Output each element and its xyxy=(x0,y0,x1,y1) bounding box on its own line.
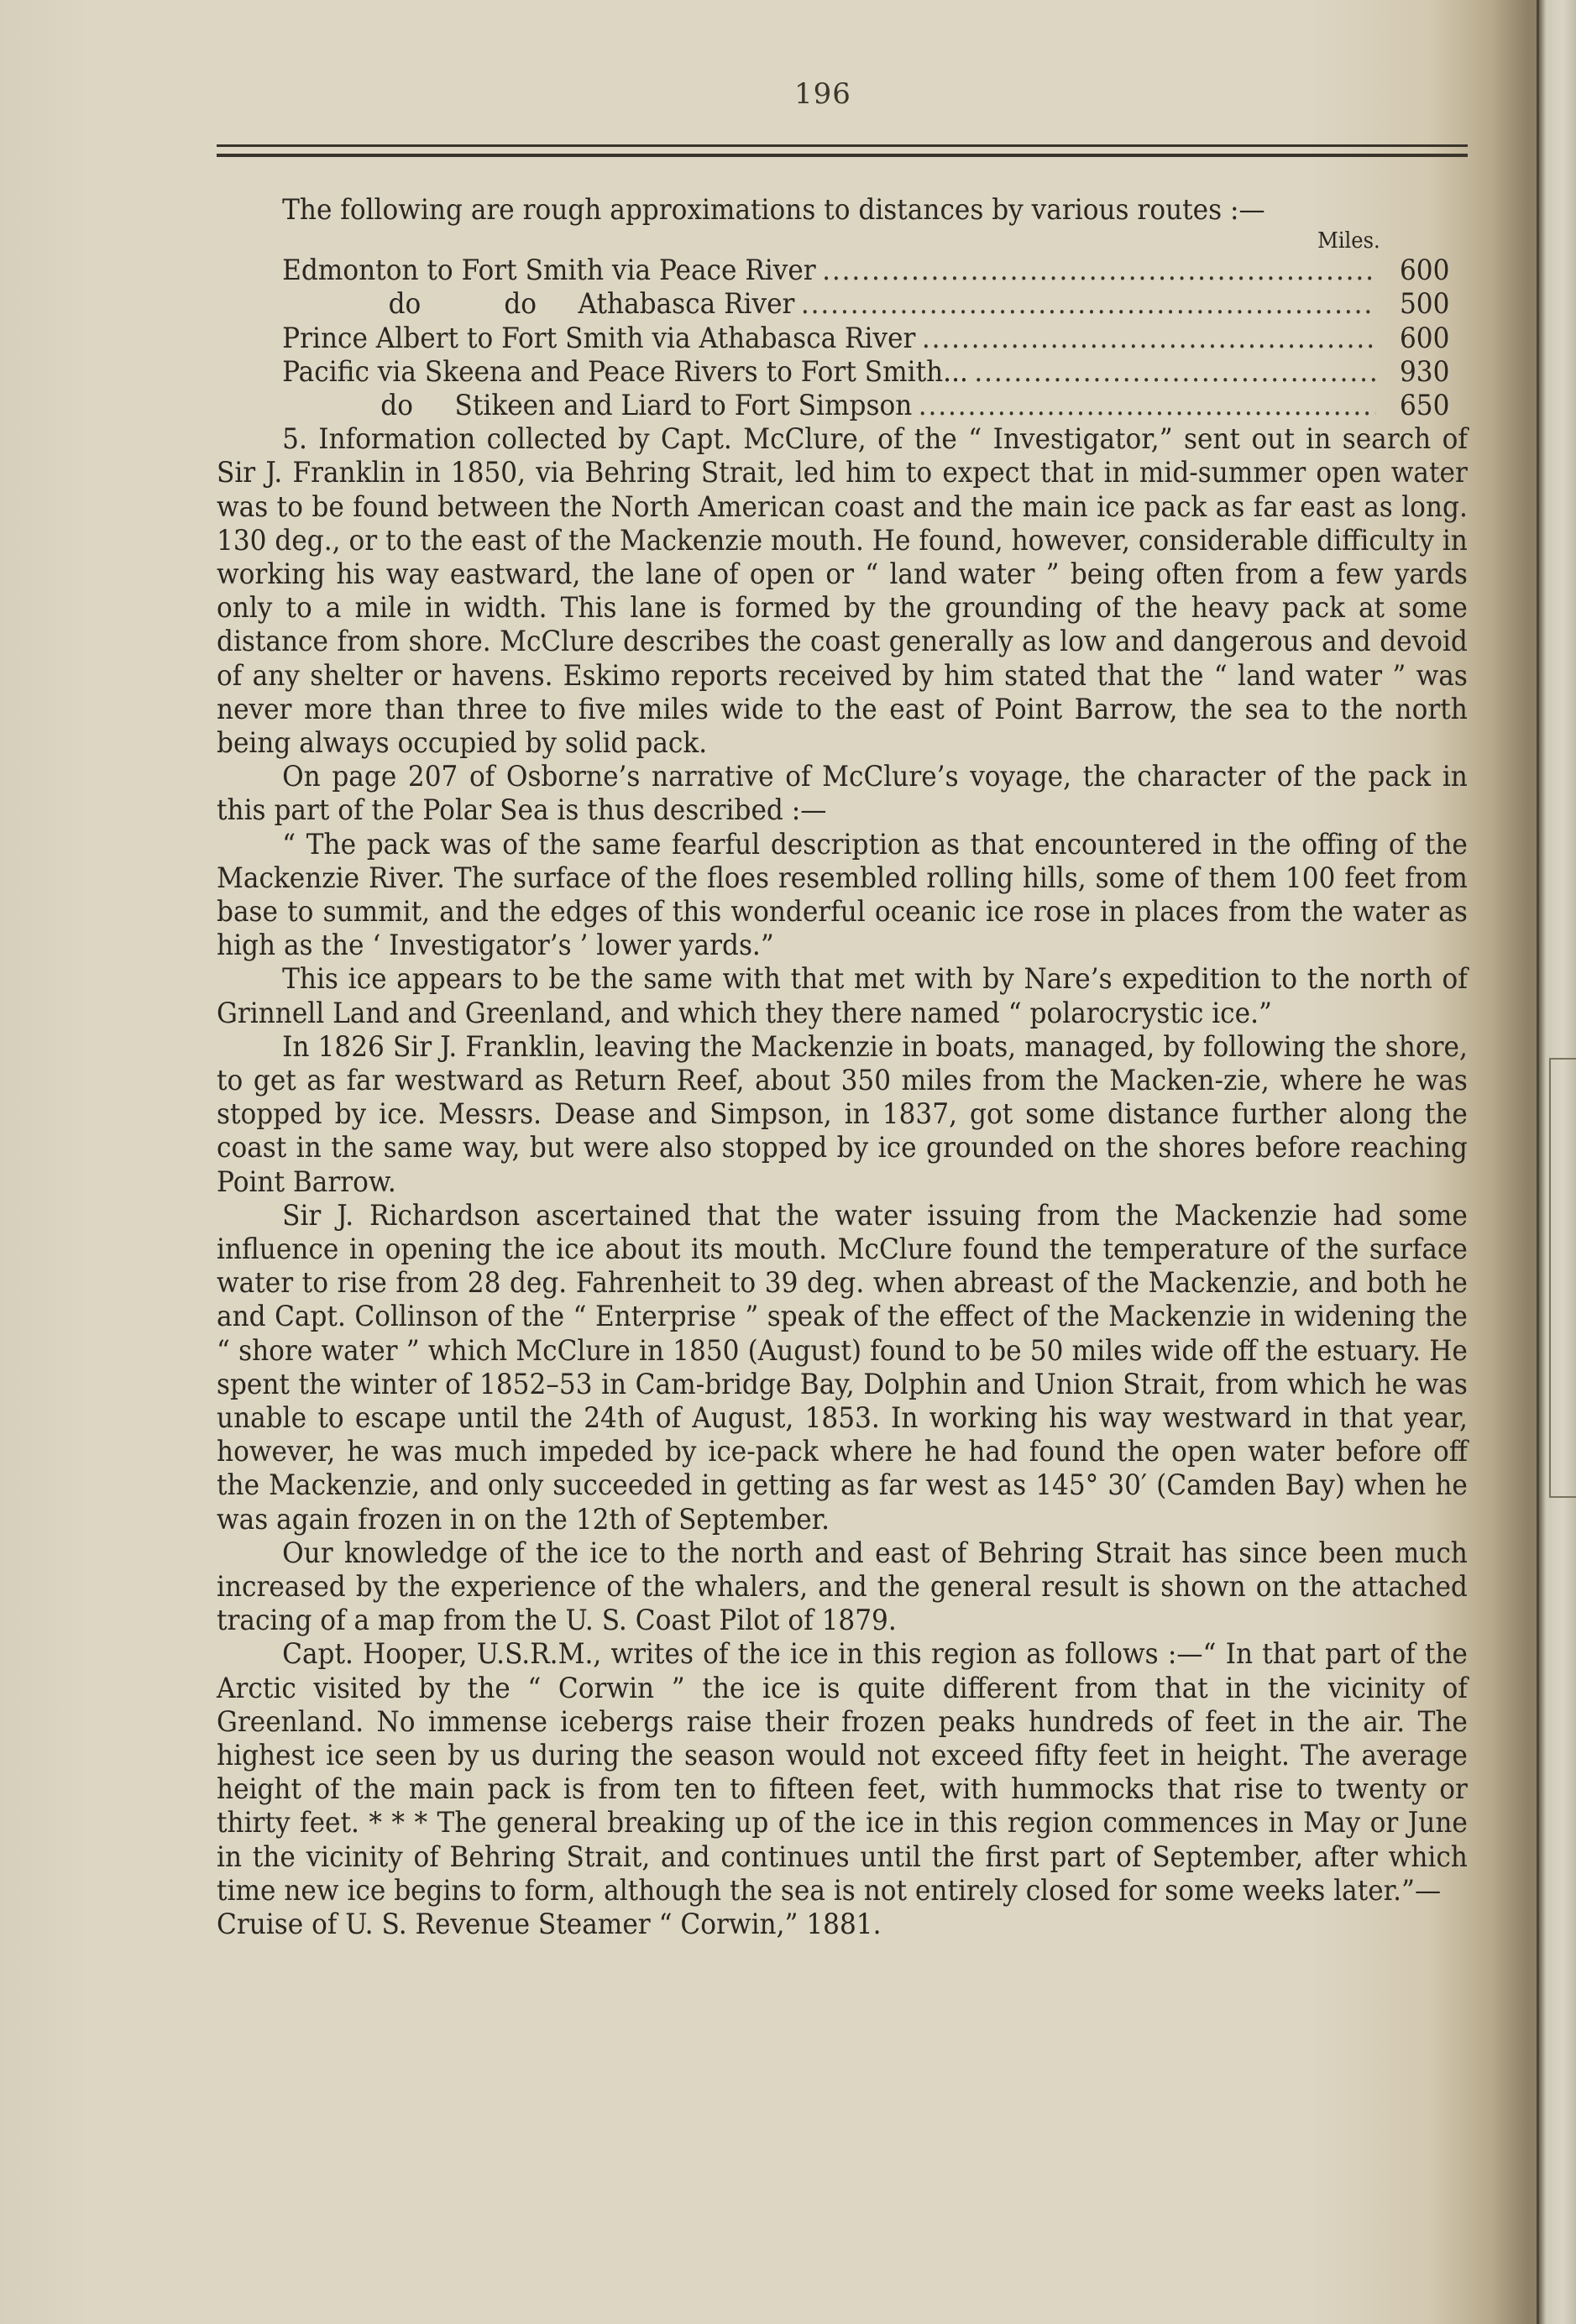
citation-corwin-cruise: Cruise of U. S. Revenue Steamer “ Corwin… xyxy=(217,1908,1468,1941)
route-miles: 600 xyxy=(1382,254,1468,287)
route-row: Edmonton to Fort Smith via Peace River 6… xyxy=(217,254,1468,287)
route-miles: 930 xyxy=(1382,355,1468,389)
dot-leader xyxy=(974,355,1375,389)
route-miles: 500 xyxy=(1382,287,1468,321)
routes-intro: The following are rough approximations t… xyxy=(217,193,1468,227)
route-miles: 600 xyxy=(1382,322,1468,355)
dot-leader xyxy=(822,254,1375,287)
quote-pack-description: “ The pack was of the same fearful descr… xyxy=(217,828,1468,963)
paragraph-osborne-narrative: On page 207 of Osborne’s narrative of Mc… xyxy=(217,760,1468,827)
route-miles: 650 xyxy=(1382,389,1468,422)
routes-unit-header: Miles. xyxy=(217,228,1468,254)
paragraph-polarocrystic-ice: This ice appears to be the same with tha… xyxy=(217,962,1468,1029)
paragraph-mcclure-information: 5. Information collected by Capt. McClur… xyxy=(217,422,1468,760)
route-row: Prince Albert to Fort Smith via Athabasc… xyxy=(217,322,1468,355)
dot-leader xyxy=(801,287,1375,321)
paragraph-franklin-1826: In 1826 Sir J. Franklin, leaving the Mac… xyxy=(217,1030,1468,1199)
route-row: Pacific via Skeena and Peace Rivers to F… xyxy=(217,355,1468,389)
route-row: do do Athabasca River 500 xyxy=(217,287,1468,321)
route-label: Pacific via Skeena and Peace Rivers to F… xyxy=(217,355,968,389)
paragraph-whalers-knowledge: Our knowledge of the ice to the north an… xyxy=(217,1536,1468,1638)
dot-leader xyxy=(919,389,1375,422)
route-label: do Stikeen and Liard to Fort Simpson xyxy=(217,389,912,422)
scanned-page: 196 The following are rough approximatio… xyxy=(0,0,1537,2324)
paragraph-hooper-quote: Capt. Hooper, U.S.R.M., writes of the ic… xyxy=(217,1637,1468,1908)
facing-map-edge xyxy=(1549,1058,1576,1498)
page-number: 196 xyxy=(0,77,1576,111)
header-rule-thick xyxy=(217,154,1468,157)
paragraph-richardson: Sir J. Richardson ascertained that the w… xyxy=(217,1199,1468,1536)
route-row: do Stikeen and Liard to Fort Simpson 650 xyxy=(217,389,1468,422)
dot-leader xyxy=(922,322,1375,355)
page-body: The following are rough approximations t… xyxy=(217,193,1468,1941)
routes-table: Miles. Edmonton to Fort Smith via Peace … xyxy=(217,228,1468,422)
route-label: do do Athabasca River xyxy=(217,287,794,321)
book-binding-gutter xyxy=(1537,0,1576,2324)
header-rule-thin xyxy=(217,144,1468,147)
route-label: Edmonton to Fort Smith via Peace River xyxy=(217,254,816,287)
route-label: Prince Albert to Fort Smith via Athabasc… xyxy=(217,322,915,355)
